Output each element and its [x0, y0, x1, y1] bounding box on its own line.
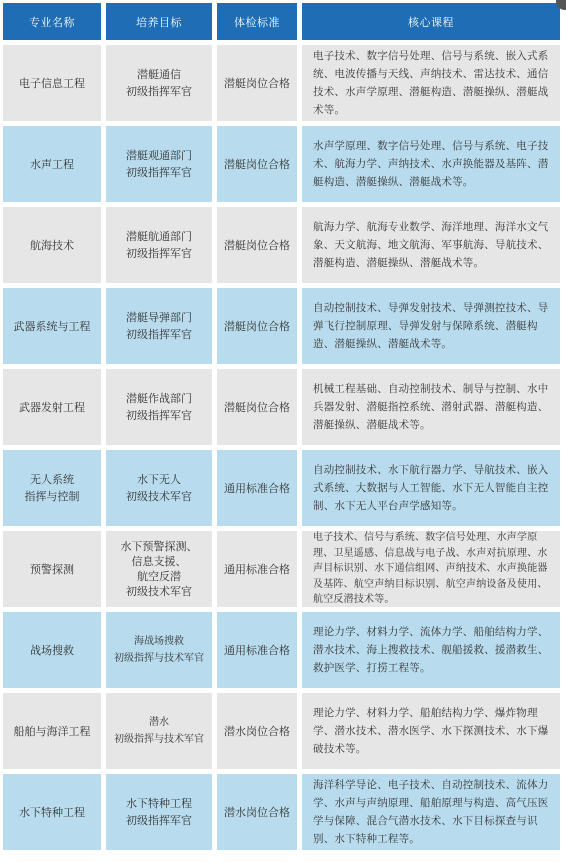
- cell-courses: 理论力学、材料力学、船舶结构力学、爆炸物理学、潜水技术、潜水医学、水下探测技术、…: [302, 693, 560, 769]
- cell-goal: 潜艇观通部门 初级指挥军官: [106, 126, 212, 202]
- cell-physical: 潜艇岗位合格: [217, 369, 297, 445]
- cell-goal: 潜艇作战部门 初级指挥军官: [106, 369, 212, 445]
- cell-courses: 航海力学、航海专业数学、海洋地理、海洋水文气象、天文航海、地文航海、军事航海、导…: [302, 207, 560, 283]
- cell-courses: 水声学原理、数字信号处理、信号与系统、电子技术、航海力学、声纳技术、水声换能器及…: [302, 126, 560, 202]
- cell-courses: 机械工程基础、自动控制技术、制导与控制、水中兵器发射、潜艇指控系统、潜射武器、潜…: [302, 369, 560, 445]
- cell-courses: 电子技术、信号与系统、数字信号处理、水声学原理、卫星遥感、信息战与电子战、水声对…: [302, 531, 560, 607]
- header-goal: 培养目标: [106, 3, 212, 40]
- header-major: 专业名称: [3, 3, 101, 40]
- cell-major: 航海技术: [3, 207, 101, 283]
- cell-major: 战场搜救: [3, 612, 101, 688]
- cell-physical: 潜水岗位合格: [217, 774, 297, 850]
- cell-physical: 通用标准合格: [217, 450, 297, 526]
- cell-major: 船舶与海洋工程: [3, 693, 101, 769]
- cell-physical: 潜水岗位合格: [217, 693, 297, 769]
- cell-courses: 海洋科学导论、电子技术、自动控制技术、流体力学、水声与声纳原理、船舶原理与构造、…: [302, 774, 560, 850]
- cell-goal: 潜艇通信 初级指挥军官: [106, 45, 212, 121]
- cell-major: 电子信息工程: [3, 45, 101, 121]
- cell-courses: 电子技术、数字信号处理、信号与系统、嵌入式系统、电波传播与天线、声纳技术、雷达技…: [302, 45, 560, 121]
- cell-major: 武器系统与工程: [3, 288, 101, 364]
- majors-table: 专业名称 培养目标 体检标准 核心课程 电子信息工程 潜艇通信 初级指挥军官 潜…: [3, 3, 561, 850]
- cell-major: 武器发射工程: [3, 369, 101, 445]
- header-physical: 体检标准: [217, 3, 297, 40]
- cell-goal: 水下预警探测、 信息支援、 航空反潜 初级技术军官: [106, 531, 212, 607]
- cell-physical: 潜艇岗位合格: [217, 207, 297, 283]
- cell-courses: 理论力学、材料力学、流体力学、船舶结构力学、潜水技术、海上搜救技术、舰船援救、援…: [302, 612, 560, 688]
- cell-goal: 水下无人 初级技术军官: [106, 450, 212, 526]
- header-courses: 核心课程: [302, 3, 560, 40]
- cell-goal: 潜水 初级指挥与技术军官: [106, 693, 212, 769]
- cell-goal: 潜艇导弹部门 初级指挥军官: [106, 288, 212, 364]
- cell-physical: 潜艇岗位合格: [217, 288, 297, 364]
- cell-goal: 水下特种工程 初级指挥军官: [106, 774, 212, 850]
- cell-major: 预警探测: [3, 531, 101, 607]
- cell-physical: 通用标准合格: [217, 612, 297, 688]
- cell-major: 水下特种工程: [3, 774, 101, 850]
- cell-major: 无人系统 指挥与控制: [3, 450, 101, 526]
- cell-goal: 海战场搜救 初级指挥与技术军官: [106, 612, 212, 688]
- cell-major: 水声工程: [3, 126, 101, 202]
- cell-goal: 潜艇航通部门 初级指挥军官: [106, 207, 212, 283]
- cell-physical: 潜艇岗位合格: [217, 45, 297, 121]
- cell-courses: 自动控制技术、水下航行器力学、导航技术、嵌入式系统、大数据与人工智能、水下无人智…: [302, 450, 560, 526]
- cell-physical: 通用标准合格: [217, 531, 297, 607]
- cell-physical: 潜艇岗位合格: [217, 126, 297, 202]
- cell-courses: 自动控制技术、导弹发射技术、导弹测控技术、导弹飞行控制原理、导弹发射与保障系统、…: [302, 288, 560, 364]
